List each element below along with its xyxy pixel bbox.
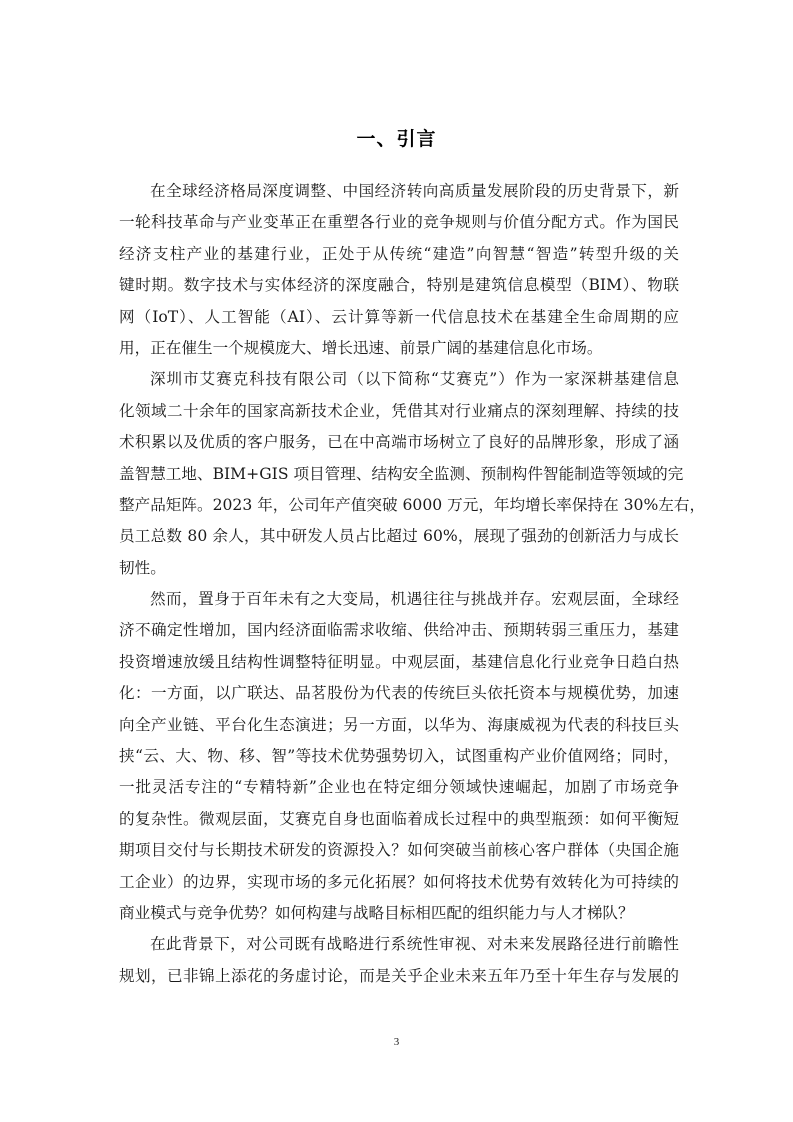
- text-line: 商业模式与竞争优势？如何构建与战略目标相匹配的组织能力与人才梯队？: [119, 898, 679, 929]
- text-line: 经济支柱产业的基建行业，正处于从传统“建造”向智慧“智造”转型升级的关: [119, 239, 679, 270]
- paragraph-4: 在此背景下，对公司既有战略进行系统性审视、对未来发展路径进行前瞻性 规划，已非锦…: [119, 929, 679, 992]
- text-line: 济不确定性增加，国内经济面临需求收缩、供给冲击、预期转弱三重压力，基建: [119, 615, 679, 646]
- text-line: 深圳市艾赛克科技有限公司（以下简称“艾赛克”）作为一家深耕基建信息: [119, 364, 679, 395]
- text-line: 用，正在催生一个规模庞大、增长迅速、前景广阔的基建信息化市场。: [119, 333, 679, 364]
- text-line: 在全球经济格局深度调整、中国经济转向高质量发展阶段的历史背景下，新: [119, 176, 679, 207]
- paragraph-2: 深圳市艾赛克科技有限公司（以下简称“艾赛克”）作为一家深耕基建信息 化领域二十余…: [119, 364, 679, 584]
- text-line: 化领域二十余年的国家高新技术企业，凭借其对行业痛点的深刻理解、持续的技: [119, 396, 679, 427]
- text-line: 整产品矩阵。2023 年，公司年产值突破 6000 万元，年均增长率保持在 30…: [119, 490, 679, 521]
- text-line: 挟“云、大、物、移、智”等技术优势强势切入，试图重构产业价值网络；同时，: [119, 741, 679, 772]
- text-line: 然而，置身于百年未有之大变局，机遇往往与挑战并存。宏观层面，全球经: [119, 584, 679, 615]
- document-page: 一、引言 在全球经济格局深度调整、中国经济转向高质量发展阶段的历史背景下，新 一…: [0, 0, 793, 1122]
- text-line: 盖智慧工地、BIM+GIS 项目管理、结构安全监测、预制构件智能制造等领域的完: [119, 459, 679, 490]
- paragraph-1: 在全球经济格局深度调整、中国经济转向高质量发展阶段的历史背景下，新 一轮科技革命…: [119, 176, 679, 364]
- paragraph-3: 然而，置身于百年未有之大变局，机遇往往与挑战并存。宏观层面，全球经 济不确定性增…: [119, 584, 679, 929]
- text-line: 工企业）的边界，实现市场的多元化拓展？如何将技术优势有效转化为可持续的: [119, 867, 679, 898]
- text-line: 规划，已非锦上添花的务虚讨论，而是关乎企业未来五年乃至十年生存与发展的: [119, 961, 679, 992]
- text-line: 键时期。数字技术与实体经济的深度融合，特别是建筑信息模型（BIM）、物联: [119, 270, 679, 301]
- text-line: 期项目交付与长期技术研发的资源投入？如何突破当前核心客户群体（央国企施: [119, 835, 679, 866]
- text-line: 化：一方面，以广联达、品茗股份为代表的传统巨头依托资本与规模优势，加速: [119, 678, 679, 709]
- text-line: 网（IoT）、人工智能（AI）、云计算等新一代信息技术在基建全生命周期的应: [119, 302, 679, 333]
- text-line: 韧性。: [119, 553, 679, 584]
- text-line: 的复杂性。微观层面，艾赛克自身也面临着成长过程中的典型瓶颈：如何平衡短: [119, 804, 679, 835]
- text-line: 投资增速放缓且结构性调整特征明显。中观层面，基建信息化行业竞争日趋白热: [119, 647, 679, 678]
- text-line: 一轮科技革命与产业变革正在重塑各行业的竞争规则与价值分配方式。作为国民: [119, 207, 679, 238]
- page-number: 3: [0, 1036, 793, 1048]
- text-line: 员工总数 80 余人，其中研发人员占比超过 60%，展现了强劲的创新活力与成长: [119, 521, 679, 552]
- text-line: 向全产业链、平台化生态演进；另一方面，以华为、海康威视为代表的科技巨头: [119, 710, 679, 741]
- section-title: 一、引言: [0, 124, 793, 151]
- body-text: 在全球经济格局深度调整、中国经济转向高质量发展阶段的历史背景下，新 一轮科技革命…: [119, 176, 679, 992]
- text-line: 术积累以及优质的客户服务，已在中高端市场树立了良好的品牌形象，形成了涵: [119, 427, 679, 458]
- text-line: 在此背景下，对公司既有战略进行系统性审视、对未来发展路径进行前瞻性: [119, 929, 679, 960]
- text-line: 一批灵活专注的“专精特新”企业也在特定细分领域快速崛起，加剧了市场竞争: [119, 772, 679, 803]
